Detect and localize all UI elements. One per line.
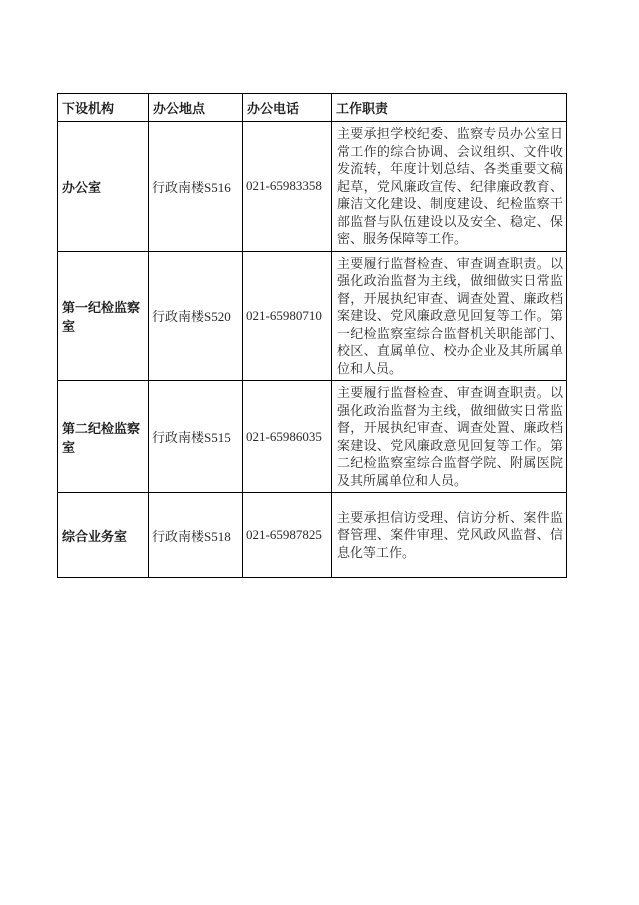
duties-cell: 主要履行监督检查、审查调查职责。以强化政治监督为主线，做细做实日常监督，开展执纪…	[332, 251, 567, 381]
phone-cell: 021-65987825	[243, 493, 332, 578]
org-cell: 第二纪检监察室	[58, 381, 149, 493]
phone-cell: 021-65986035	[243, 381, 332, 493]
location-cell: 行政南楼S515	[149, 381, 243, 493]
location-cell: 行政南楼S516	[149, 122, 243, 252]
location-cell: 行政南楼S520	[149, 251, 243, 381]
org-cell: 综合业务室	[58, 493, 149, 578]
org-directory-table: 下设机构 办公地点 办公电话 工作职责 办公室 行政南楼S516 021-659…	[57, 93, 567, 578]
table-row: 办公室 行政南楼S516 021-65983358 主要承担学校纪委、监察专员办…	[58, 122, 567, 252]
org-cell: 办公室	[58, 122, 149, 252]
duties-cell: 主要承担信访受理、信访分析、案件监督管理、案件审理、党风政风监督、信息化等工作。	[332, 493, 567, 578]
header-location: 办公地点	[149, 94, 243, 122]
duties-cell: 主要履行监督检查、审查调查职责。以强化政治监督为主线，做细做实日常监督，开展执纪…	[332, 381, 567, 493]
duties-cell: 主要承担学校纪委、监察专员办公室日常工作的综合协调、会议组织、文件收发流转，年度…	[332, 122, 567, 252]
header-org: 下设机构	[58, 94, 149, 122]
table-row: 第二纪检监察室 行政南楼S515 021-65986035 主要履行监督检查、审…	[58, 381, 567, 493]
phone-cell: 021-65980710	[243, 251, 332, 381]
document-page: 下设机构 办公地点 办公电话 工作职责 办公室 行政南楼S516 021-659…	[0, 0, 639, 905]
table-header-row: 下设机构 办公地点 办公电话 工作职责	[58, 94, 567, 122]
phone-cell: 021-65983358	[243, 122, 332, 252]
location-cell: 行政南楼S518	[149, 493, 243, 578]
table-row: 第一纪检监察室 行政南楼S520 021-65980710 主要履行监督检查、审…	[58, 251, 567, 381]
header-duties: 工作职责	[332, 94, 567, 122]
table-row: 综合业务室 行政南楼S518 021-65987825 主要承担信访受理、信访分…	[58, 493, 567, 578]
org-cell: 第一纪检监察室	[58, 251, 149, 381]
header-phone: 办公电话	[243, 94, 332, 122]
